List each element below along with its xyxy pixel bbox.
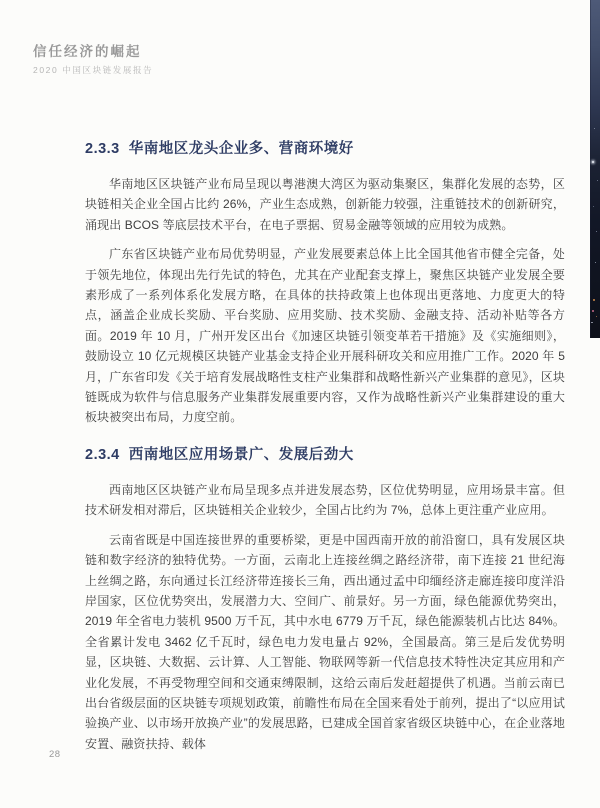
city-light <box>592 310 594 312</box>
city-light <box>591 322 593 323</box>
report-logo: 信任经济的崛起 2020 中国区块链发展报告 <box>33 40 153 76</box>
city-light <box>596 316 597 317</box>
city-light <box>596 231 597 232</box>
city-light <box>593 299 595 301</box>
paragraph: 华南地区区块链产业布局呈现以粤港澳大湾区为驱动集聚区，集群化发展的态势，区块链相… <box>85 174 565 235</box>
report-logo-title: 信任经济的崛起 <box>33 40 153 60</box>
section-title: 华南地区龙头企业多、营商环境好 <box>129 141 354 157</box>
section-heading-233: 2.3.3华南地区龙头企业多、营商环境好 <box>85 139 565 159</box>
city-light <box>592 161 594 163</box>
paragraph: 西南地区区块链产业布局呈现多点并进发展态势，区位优势明显，应用场景丰富。但技术研… <box>85 480 565 521</box>
paragraph: 广东省区块链产业布局优势明显，产业发展要素总体上比全国其他省市健全完备，处于领先… <box>85 244 565 428</box>
city-light <box>593 206 594 207</box>
page-edge-photo <box>590 0 600 338</box>
section-number: 2.3.4 <box>85 447 120 463</box>
paragraph: 云南省既是中国连接世界的重要桥梁，更是中国西南开放的前沿窗口，具有发展区块链和数… <box>85 530 565 754</box>
city-light <box>595 262 596 263</box>
section-title: 西南地区应用场景广、发展后劲大 <box>129 447 354 463</box>
section-heading-234: 2.3.4西南地区应用场景广、发展后劲大 <box>85 445 565 465</box>
page-number: 28 <box>49 749 61 760</box>
page-content: 2.3.3华南地区龙头企业多、营商环境好 华南地区区块链产业布局呈现以粤港澳大湾… <box>85 139 565 763</box>
city-light <box>594 128 595 129</box>
city-light <box>597 180 598 181</box>
section-number: 2.3.3 <box>85 141 120 157</box>
report-logo-subtitle: 2020 中国区块链发展报告 <box>33 64 153 76</box>
